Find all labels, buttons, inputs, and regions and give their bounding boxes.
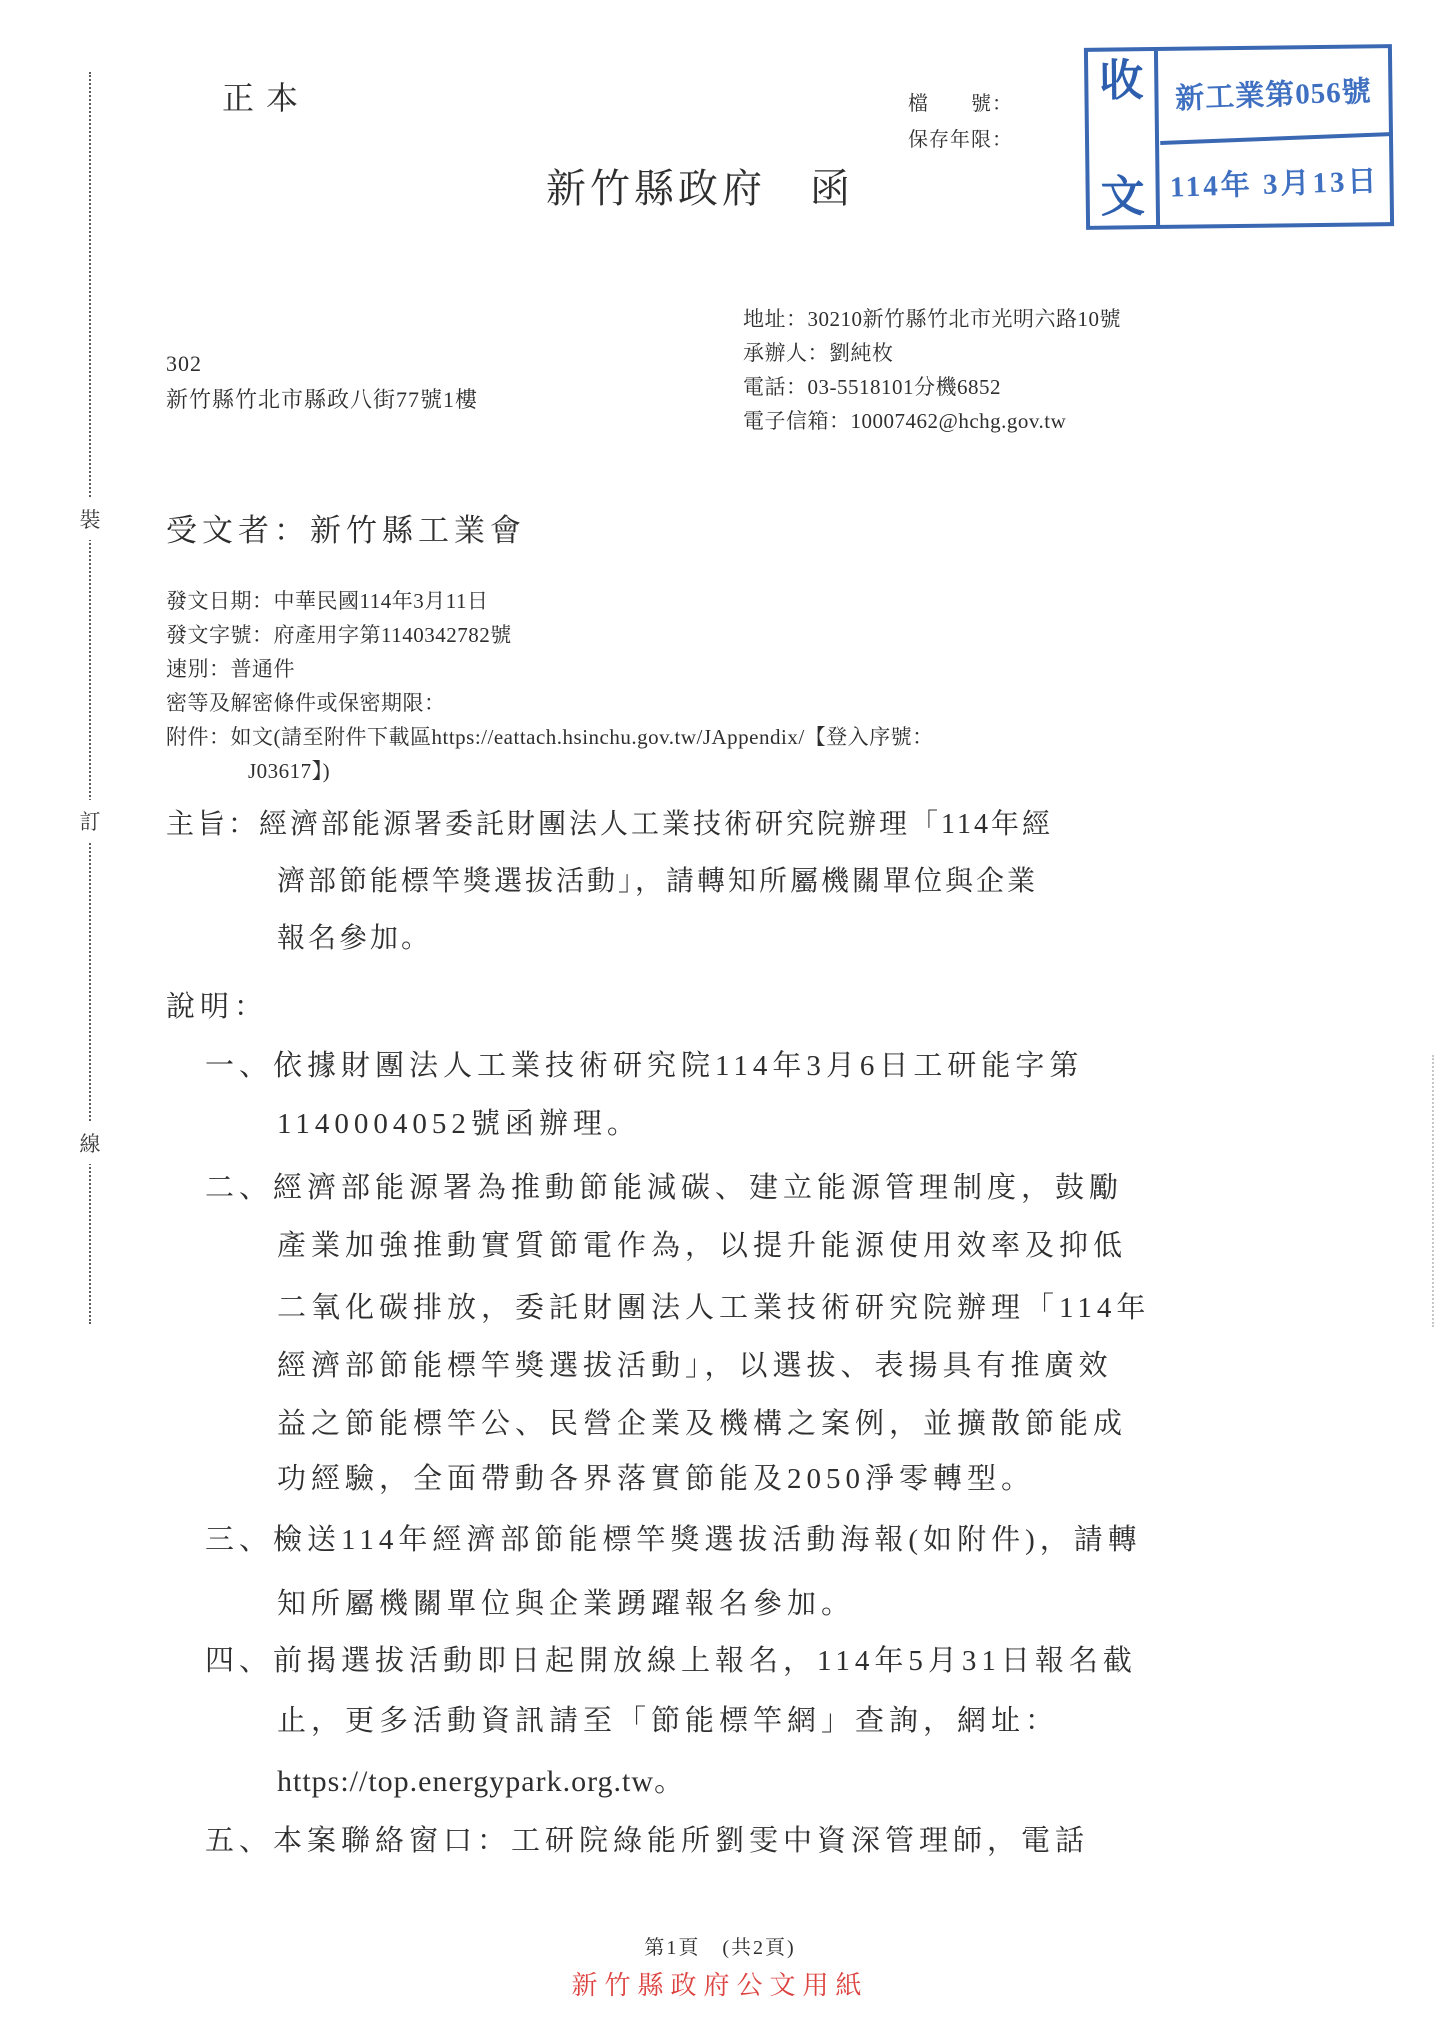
description-line: 益之節能標竿公、民營企業及機構之案例，並擴散節能成 bbox=[277, 1406, 1127, 1442]
paper-footer-label: 新竹縣政府公文用紙 bbox=[0, 1970, 1440, 2003]
subject-line: 報名參加。 bbox=[277, 921, 432, 956]
received-stamp-fields: 新工業第056號 114年 3月13日 bbox=[1158, 48, 1390, 225]
sender-phone: 電話：03-5518101分機6852 bbox=[743, 374, 1001, 400]
file-number-label: 檔 號： bbox=[908, 92, 1013, 117]
subject-line: 主旨：經濟部能源署委託財團法人工業技術研究院辦理「114年經 bbox=[166, 807, 1053, 842]
description-line: 五、本案聯絡窗口：工研院綠能所劉雯中資深管理師，電話 bbox=[205, 1823, 1089, 1859]
official-letter-page: 裝 訂 線 正本 新竹縣政府 函 檔 號： 保存年限： 收 文 新工業第056號… bbox=[0, 0, 1440, 2037]
description-line: 二氧化碳排放，委託財團法人工業技術研究院辦理「114年 bbox=[277, 1290, 1150, 1326]
description-line: 產業加強推動實質節電作為，以提升能源使用效率及抑低 bbox=[277, 1228, 1127, 1264]
binding-char-ding: 訂 bbox=[76, 800, 104, 842]
meta-doc-number: 發文字號：府產用字第1140342782號 bbox=[166, 622, 512, 648]
description-line: 功經驗，全面帶動各界落實節能及2050淨零轉型。 bbox=[277, 1461, 1035, 1497]
sender-contact: 承辦人：劉純枚 bbox=[743, 340, 894, 366]
sender-street: 新竹縣竹北市縣政八街77號1樓 bbox=[166, 386, 478, 414]
description-line-url: https://top.energypark.org.tw。 bbox=[277, 1763, 685, 1801]
description-line: 二、經濟部能源署為推動節能減碳、建立能源管理制度，鼓勵 bbox=[205, 1170, 1123, 1206]
binding-char-zhuang: 裝 bbox=[76, 498, 104, 540]
description-heading: 說明： bbox=[166, 989, 268, 1025]
description-line: 三、檢送114年經濟部節能標竿獎選拔活動海報(如附件)，請轉 bbox=[205, 1522, 1142, 1558]
right-edge-dotted-line bbox=[1432, 1055, 1434, 1327]
description-line: 經濟部節能標竿獎選拔活動」，以選拔、表揚具有推廣效 bbox=[277, 1348, 1113, 1384]
description-line: 一、依據財團法人工業技術研究院114年3月6日工研能字第 bbox=[205, 1048, 1083, 1084]
recipient-line: 受文者：新竹縣工業會 bbox=[166, 512, 526, 551]
binding-char-xian: 線 bbox=[76, 1122, 104, 1164]
meta-issue-date: 發文日期：中華民國114年3月11日 bbox=[166, 588, 488, 614]
meta-speed: 速別：普通件 bbox=[166, 656, 295, 682]
description-line: 四、前揭選拔活動即日起開放線上報名，114年5月31日報名截 bbox=[205, 1643, 1137, 1679]
received-stamp: 收 文 新工業第056號 114年 3月13日 bbox=[1084, 44, 1394, 230]
meta-security: 密等及解密條件或保密期限： bbox=[166, 690, 446, 716]
meta-attachment-cont: J03617】) bbox=[248, 758, 330, 784]
stamp-char-wen: 文 bbox=[1100, 175, 1145, 220]
sender-zip: 302 bbox=[166, 350, 202, 378]
description-line: 止，更多活動資訊請至「節能標竿網」查詢，網址： bbox=[277, 1703, 1059, 1739]
received-stamp-label-column: 收 文 bbox=[1088, 51, 1160, 226]
retention-label: 保存年限： bbox=[908, 128, 1013, 153]
document-title: 新竹縣政府 函 bbox=[546, 164, 854, 214]
sender-address: 地址：30210新竹縣竹北市光明六路10號 bbox=[743, 306, 1121, 332]
description-line: 1140004052號函辦理。 bbox=[277, 1106, 641, 1142]
stamp-doc-number-handwritten: 新工業第056號 bbox=[1157, 45, 1390, 145]
stamp-date-handwritten: 114年 3月13日 bbox=[1158, 137, 1390, 227]
stamp-char-shou: 收 bbox=[1099, 59, 1144, 104]
copy-label: 正本 bbox=[222, 78, 310, 118]
page-indicator: 第1頁 (共2頁) bbox=[0, 1936, 1440, 1961]
sender-email: 電子信箱：10007462@hchg.gov.tw bbox=[743, 408, 1066, 434]
meta-attachment: 附件：如文(請至附件下載區https://eattach.hsinchu.gov… bbox=[166, 724, 934, 750]
subject-line: 濟部節能標竿獎選拔活動」，請轉知所屬機關單位與企業 bbox=[277, 864, 1038, 899]
description-line: 知所屬機關單位與企業踴躍報名參加。 bbox=[277, 1586, 855, 1622]
